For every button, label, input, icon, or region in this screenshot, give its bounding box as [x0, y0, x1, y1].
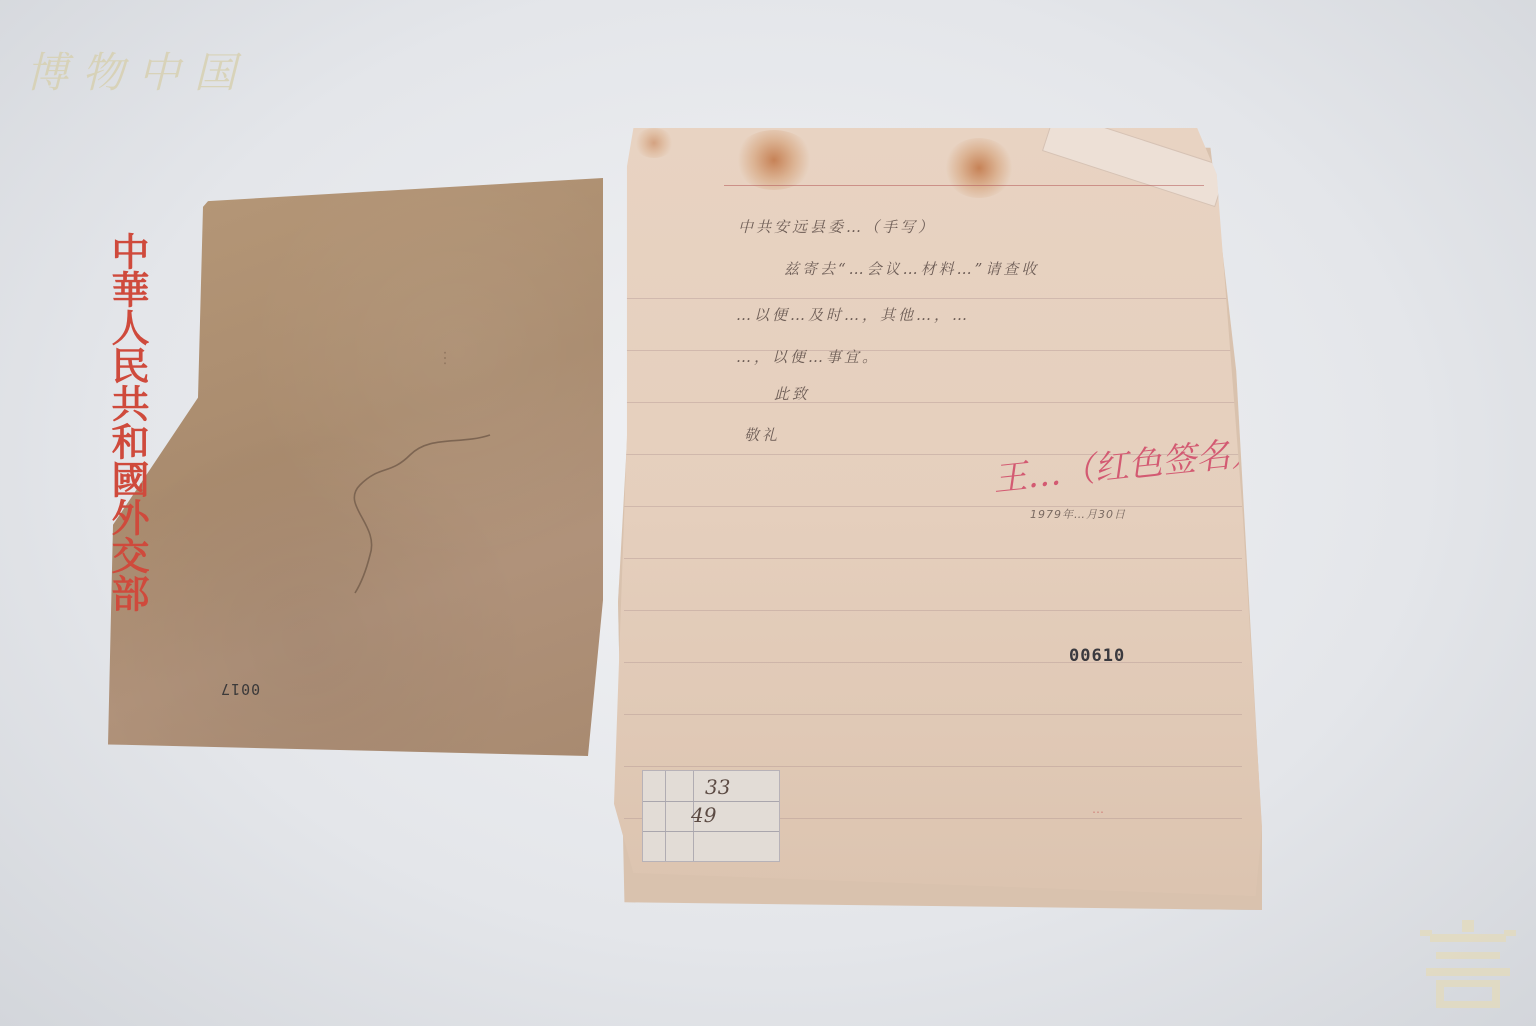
- ruled-line: [624, 558, 1242, 559]
- letter-document: 中共安远县委…（手写） 兹寄去“…会议…材料…”请查收 …以便…及时…，其他…，…: [614, 128, 1262, 896]
- museum-seal-icon: [1412, 914, 1524, 1018]
- rust-stain: [944, 138, 1014, 198]
- archive-label-value: 49: [691, 803, 716, 827]
- letter-body-line: …，以便…事宜。: [736, 346, 880, 367]
- watermark-logo-text: 博物中国: [26, 40, 250, 100]
- ruled-line: [624, 506, 1242, 507]
- letter-recipient: 中共安远县委…（手写）: [738, 216, 936, 237]
- envelope-faint-writing: …: [440, 350, 459, 366]
- letter-body-line: …以便…及时…，其他…，…: [736, 304, 970, 325]
- archive-label-value: 33: [705, 775, 730, 799]
- letter-salute: 敬礼: [744, 424, 780, 445]
- ruled-line: [624, 662, 1242, 663]
- ruled-line: [624, 350, 1242, 351]
- faint-red-mark: …: [1092, 802, 1108, 816]
- ruled-line: [624, 402, 1242, 403]
- serial-number-stamp: 00610: [1069, 646, 1125, 666]
- ruled-line: [624, 610, 1242, 611]
- envelope-tear-mark: [260, 425, 500, 595]
- letterhead-rule: [724, 185, 1204, 186]
- envelope-printed-title: 中華人民共和國外交部: [108, 232, 146, 612]
- archive-label-card: 33 49: [642, 770, 780, 862]
- letter-closing: 此致: [774, 383, 810, 404]
- ruled-line: [624, 714, 1242, 715]
- letter-date: 1979年…月30日: [1030, 506, 1126, 522]
- tape-strip: [1042, 111, 1228, 207]
- ruled-line: [624, 298, 1242, 299]
- letter-signature: 王…（红色签名）: [990, 424, 1264, 501]
- rust-stain: [734, 130, 814, 190]
- ruled-line: [624, 766, 1242, 767]
- envelope-number: 0017: [220, 680, 260, 698]
- letter-body-line: 兹寄去“…会议…材料…”请查收: [784, 258, 1039, 279]
- rust-stain: [634, 128, 674, 158]
